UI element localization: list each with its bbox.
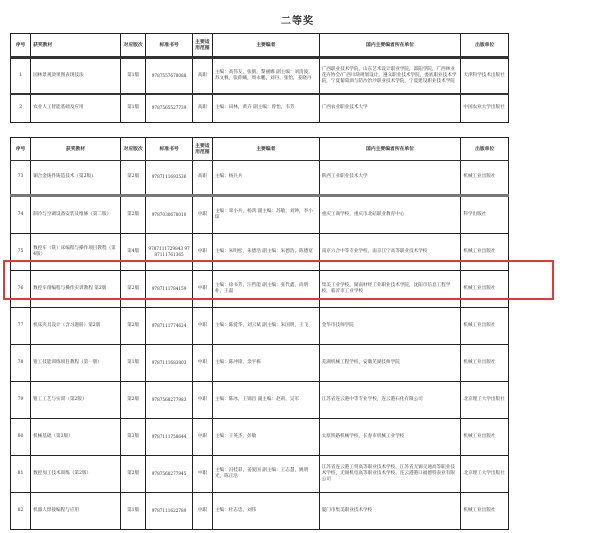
cell-edition: 第3版 xyxy=(120,419,145,456)
cell-isbn: 9787111622789 xyxy=(146,493,193,530)
header-name: 获奖教材 xyxy=(31,138,121,161)
cell-no: 82 xyxy=(11,493,31,530)
cell-no: 76 xyxy=(11,271,31,308)
page-title: 二等奖 xyxy=(0,12,595,27)
cell-orgs: 重庆工商学校，重庆市北碚职业教育中心 xyxy=(319,196,461,234)
cell-edition: 第2版 xyxy=(120,456,145,493)
cell-orgs: 江苏省连云港工贸高等职业技术学校，江苏省无锡交通高等职业技术学校，无锡机电高等职… xyxy=(319,456,461,493)
cell-authors: 主编：朱明松，朱德浩 副主编：朱德浩，陈德宽 xyxy=(212,234,319,271)
header-level: 主要适用范围 xyxy=(192,138,212,161)
cell-edition: 第4版 xyxy=(120,234,145,271)
header-isbn: 标准书号 xyxy=(146,34,193,58)
cell-no: 1 xyxy=(11,58,31,95)
header-name: 获奖教材 xyxy=(31,34,121,58)
table-row: 81数控加工技术训练（第2版）第2版9787568277945中职主编：冯桂彩，… xyxy=(11,456,509,493)
table-row: 1园林景观效果图表现技法第1版9787557678088高职主编：高伟友，张鹤，… xyxy=(11,58,509,95)
cell-isbn: 9787111729843 9787111761365 xyxy=(146,234,193,271)
table-row: 2农业人工智能基础及应用第1版9787565527739高职主编：田林，黄卉 副… xyxy=(11,94,509,123)
cell-isbn: 9787568277983 xyxy=(146,382,193,419)
cell-publisher: 机械工业出版社 xyxy=(461,419,509,456)
cell-orgs: 芜湖机械工程学校，安徽芜湖技师学院 xyxy=(319,345,461,382)
cell-authors: 主编：辜小兵，杨鸿 副主编：苏敏，刘钟，李小琼 xyxy=(212,196,319,234)
cell-publisher: 科学出版社 xyxy=(461,196,509,234)
cell-edition: 第2版 xyxy=(120,308,145,345)
header-authors: 主要编者 xyxy=(212,34,319,58)
cell-name: 数控加工技术训练（第2版） xyxy=(31,456,121,493)
cell-level: 中职 xyxy=(192,419,212,456)
cell-level: 中职 xyxy=(192,345,212,382)
table-header-row: 序号 获奖教材 对应版次 标准书号 主要适用范围 主要编者 国内主要编者所在单位… xyxy=(11,138,509,161)
table-row: 80机械基础（第3版）第3版9787111758644中职主编：王英杰，彭敏太原… xyxy=(11,419,509,456)
cell-level: 中职 xyxy=(192,456,212,493)
cell-level: 中职 xyxy=(192,308,212,345)
cell-no: 79 xyxy=(11,382,31,419)
cell-level: 中职 xyxy=(192,382,212,419)
cell-isbn: 9787111758644 xyxy=(146,419,193,456)
cell-level: 高职 xyxy=(192,161,212,196)
cell-orgs: 广西职业技术学院，山东艺术设计职业学院，邵阳学院，广西林业花卉协会/广西川缺规划… xyxy=(319,58,461,95)
cell-no: 2 xyxy=(11,94,31,123)
award-table-first: 序号 获奖教材 对应版次 标准书号 主要适用范围 主要编者 国内主要编者所在单位… xyxy=(10,33,509,123)
cell-name: 园林景观效果图表现技法 xyxy=(31,58,121,95)
table-row: 82机器人焊接编程与应用第1版9787111622789中职主编：杜志忠，刘伟厦… xyxy=(11,493,509,530)
cell-no: 78 xyxy=(11,345,31,382)
cell-edition: 第2版 xyxy=(120,271,145,308)
cell-name: 机床夹具设计（含习题册）第2版 xyxy=(31,308,121,345)
cell-no: 74 xyxy=(11,196,31,234)
header-level: 主要适用范围 xyxy=(192,34,212,58)
cell-isbn: 9787111774624 xyxy=(146,308,193,345)
cell-edition: 第1版 xyxy=(120,493,145,530)
cell-authors: 主编：冯桂彩，姜爱国 副主编：王志慧，姚明光，陈正浩 xyxy=(212,456,319,493)
cell-name: 制冷与空调设备安装及维修（第二版） xyxy=(31,196,121,234)
award-table-second: 序号 获奖教材 对应版次 标准书号 主要适用范围 主要编者 国内主要编者所在单位… xyxy=(10,137,509,530)
cell-level: 高职 xyxy=(192,94,212,123)
cell-name: 农业人工智能基础及应用 xyxy=(31,94,121,123)
cell-publisher: 机械工业出版社 xyxy=(461,161,509,196)
cell-level: 中职 xyxy=(192,234,212,271)
header-orgs: 国内主要编者所在单位 xyxy=(319,34,461,58)
cell-name: 机器人焊接编程与应用 xyxy=(31,493,121,530)
cell-name: 钳工技能训练项目教程（第一版） xyxy=(31,345,121,382)
cell-orgs: 江苏省连云港中等专业学校，连云港石化有限公司 xyxy=(319,382,461,419)
cell-level: 中职 xyxy=(192,196,212,234)
cell-isbn: 9787111693536 xyxy=(146,161,193,196)
cell-name: 机械基础（第3版） xyxy=(31,419,121,456)
header-orgs: 国内主要编者所在单位 xyxy=(319,138,461,161)
cell-isbn: 9787568277945 xyxy=(146,456,193,493)
header-edition: 对应版次 xyxy=(120,138,145,161)
cell-edition: 第2版 xyxy=(120,161,145,196)
cell-publisher: 天津科学技术出版社 xyxy=(461,58,509,95)
cell-orgs: 集美工业学校，湖南财经工业职业技术学院，沈阳市信息工程学校，临沂市工业学校 xyxy=(319,271,461,308)
cell-edition: 第1版 xyxy=(120,345,145,382)
cell-name: 铜合金铸件铸造技术（第2版） xyxy=(31,161,121,196)
cell-orgs: 陕西工业职业技术大学 xyxy=(319,161,461,196)
cell-authors: 主编：杨兵兵 xyxy=(212,161,319,196)
cell-orgs: 金华市技师学院 xyxy=(319,308,461,345)
table-row: 78钳工技能训练项目教程（第一版）第1版9787111683803中职主编：陈冲… xyxy=(11,345,509,382)
header-publisher: 出版单位 xyxy=(461,34,509,58)
cell-level: 中职 xyxy=(192,271,212,308)
header-no: 序号 xyxy=(11,34,31,58)
cell-edition: 第2版 xyxy=(120,196,145,234)
table-row: 76数控车削编程与操作实训教程 第2版第2版9787111784159中职主编：… xyxy=(11,271,509,308)
table-row: 74制冷与空调设备安装及维修（第二版）第2版9787030678010中职主编：… xyxy=(11,196,509,234)
cell-no: 80 xyxy=(11,419,31,456)
header-edition: 对应版次 xyxy=(120,34,145,58)
cell-publisher: 北京理工大学出版社 xyxy=(461,456,509,493)
cell-authors: 主编：陈冲锋，余平栋 xyxy=(212,345,319,382)
table-row: 77机床夹具设计（含习题册）第2版第2版9787111774624中职主编：陈爱… xyxy=(11,308,509,345)
cell-isbn: 9787565527739 xyxy=(146,94,193,123)
cell-publisher: 中国农业大学出版社 xyxy=(461,94,509,123)
table-row: 73铜合金铸件铸造技术（第2版）第2版9787111693536高职主编：杨兵兵… xyxy=(11,161,509,196)
cell-publisher: 机械工业出版社 xyxy=(461,271,509,308)
cell-publisher: 机械工业出版社 xyxy=(461,493,509,530)
cell-level: 高职 xyxy=(192,58,212,95)
cell-authors: 主编：陈爱华，刘云斌 副主编：朱国明，王飞 xyxy=(212,308,319,345)
cell-orgs: 广西农业职业技术大学 xyxy=(319,94,461,123)
cell-level: 中职 xyxy=(192,493,212,530)
cell-no: 75 xyxy=(11,234,31,271)
header-publisher: 出版单位 xyxy=(461,138,509,161)
cell-name: 数控车（铣）床编程与操作项目教程（第4版） xyxy=(31,234,121,271)
cell-publisher: 机械工业出版社 xyxy=(461,308,509,345)
cell-orgs: 太原铁路机械学校，长春市机械工业学校 xyxy=(319,419,461,456)
cell-edition: 第2版 xyxy=(120,382,145,419)
cell-isbn: 9787030678010 xyxy=(146,196,193,234)
header-no: 序号 xyxy=(11,138,31,161)
cell-authors: 主编：王英杰，彭敏 xyxy=(212,419,319,456)
cell-authors: 主编：高伟友，张鹤，黎丽娜 副主编：刘清波，苏文帆，张仰曦，周永鹏，刘丹，张怡，… xyxy=(212,58,319,95)
cell-publisher: 机械工业出版社 xyxy=(461,345,509,382)
cell-authors: 主编：杜志忠，刘伟 xyxy=(212,493,319,530)
cell-authors: 主编：徐书芳，汪哲能 副主编：张代鑫，尚明朴，王磊 xyxy=(212,271,319,308)
cell-publisher: 机械工业出版社 xyxy=(461,234,509,271)
cell-orgs: 厦门市集美职业技术学校 xyxy=(319,493,461,530)
cell-isbn: 9787111683803 xyxy=(146,345,193,382)
cell-isbn: 9787111784159 xyxy=(146,271,193,308)
cell-authors: 主编：田林，黄卉 副主编：曾怡，韦芳 xyxy=(212,94,319,123)
cell-no: 81 xyxy=(11,456,31,493)
cell-name: 数控车削编程与操作实训教程 第2版 xyxy=(31,271,121,308)
table-row: 79钳工工艺与实训（第2版）第2版9787568277983中职主编：陈冰，王锦… xyxy=(11,382,509,419)
header-authors: 主要编者 xyxy=(212,138,319,161)
cell-publisher: 北京理工大学出版社 xyxy=(461,382,509,419)
cell-orgs: 南京六合中等专业学校，南京江宁高等职业技术学校 xyxy=(319,234,461,271)
cell-authors: 主编：陈冰，王锦昌 副主编：赵莉，吴军 xyxy=(212,382,319,419)
table-row: 75数控车（铣）床编程与操作项目教程（第4版）第4版9787111729843 … xyxy=(11,234,509,271)
table-header-row: 序号 获奖教材 对应版次 标准书号 主要适用范围 主要编者 国内主要编者所在单位… xyxy=(11,34,509,58)
cell-no: 77 xyxy=(11,308,31,345)
cell-edition: 第1版 xyxy=(120,58,145,95)
cell-isbn: 9787557678088 xyxy=(146,58,193,95)
header-isbn: 标准书号 xyxy=(146,138,193,161)
cell-no: 73 xyxy=(11,161,31,196)
cell-edition: 第1版 xyxy=(120,94,145,123)
cell-name: 钳工工艺与实训（第2版） xyxy=(31,382,121,419)
